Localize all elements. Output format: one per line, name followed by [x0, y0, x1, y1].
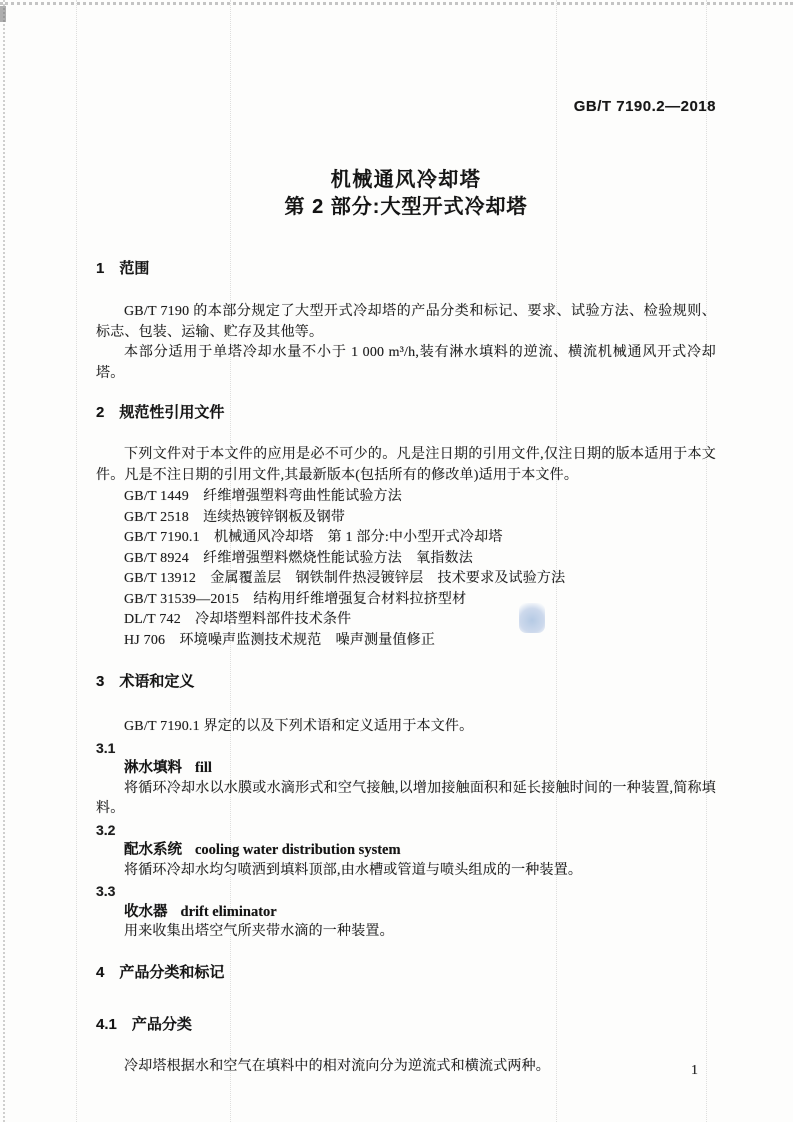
section-heading-scope: 1 范围	[96, 260, 716, 277]
reference-item: GB/T 1449 纤维增强塑料弯曲性能试验方法	[96, 487, 716, 508]
term-number: 3.1	[96, 738, 716, 759]
reference-item: HJ 706 环境噪声监测技术规范 噪声测量值修正	[96, 631, 716, 652]
document-page: GB/T 7190.2—2018 机械通风冷却塔 第 2 部分:大型开式冷却塔 …	[0, 0, 793, 1122]
terms-intro: GB/T 7190.1 界定的以及下列术语和定义适用于本文件。	[96, 717, 716, 738]
term-name-en: drift eliminator	[181, 904, 277, 920]
section-heading-normative-references: 2 规范性引用文件	[96, 404, 716, 421]
term-name-zh: 收水器	[124, 904, 168, 920]
subsection-heading-product-classification: 4.1 产品分类	[96, 1016, 716, 1033]
section-heading-terms: 3 术语和定义	[96, 673, 716, 690]
reference-item: GB/T 13912 金属覆盖层 钢铁制件热浸镀锌层 技术要求及试验方法	[96, 569, 716, 590]
term-name: 收水器drift eliminator	[96, 902, 716, 923]
page-number: 1	[691, 1063, 698, 1079]
term-definition: 用来收集出塔空气所夹带水滴的一种装置。	[96, 922, 716, 943]
term-item: 3.3 收水器drift eliminator 用来收集出塔空气所夹带水滴的一种…	[96, 881, 716, 943]
reference-item: GB/T 31539—2015 结构用纤维增强复合材料拉挤型材	[96, 590, 716, 611]
scope-paragraph-1: GB/T 7190 的本部分规定了大型开式冷却塔的产品分类和标记、要求、试验方法…	[96, 302, 716, 343]
term-definition: 将循环冷却水以水膜或水滴形式和空气接触,以增加接触面积和延长接触时间的一种装置,…	[96, 779, 716, 820]
reference-item: GB/T 2518 连续热镀锌钢板及钢带	[96, 508, 716, 529]
scan-corner-mark	[0, 6, 6, 22]
term-name-zh: 淋水填料	[124, 760, 182, 776]
reference-item: GB/T 7190.1 机械通风冷却塔 第 1 部分:中小型开式冷却塔	[96, 528, 716, 549]
scan-left-edge-artifact	[3, 0, 5, 1122]
classification-paragraph: 冷却塔根据水和空气在填料中的相对流向分为逆流式和横流式两种。	[96, 1057, 716, 1078]
term-item: 3.1 淋水填料fill 将循环冷却水以水膜或水滴形式和空气接触,以增加接触面积…	[96, 738, 716, 820]
section-heading-classification: 4 产品分类和标记	[96, 964, 716, 981]
scope-paragraph-2: 本部分适用于单塔冷却水量不小于 1 000 m³/h,装有淋水填料的逆流、横流机…	[96, 343, 716, 384]
reference-item: GB/T 8924 纤维增强塑料燃烧性能试验方法 氧指数法	[96, 549, 716, 570]
term-name-en: cooling water distribution system	[195, 842, 401, 858]
term-number: 3.2	[96, 820, 716, 841]
normative-references-intro: 下列文件对于本文件的应用是必不可少的。凡是注日期的引用文件,仅注日期的版本适用于…	[96, 445, 716, 486]
term-number: 3.3	[96, 881, 716, 902]
document-body: 1 范围 GB/T 7190 的本部分规定了大型开式冷却塔的产品分类和标记、要求…	[96, 0, 716, 1077]
term-name: 淋水填料fill	[96, 758, 716, 779]
reference-list: GB/T 1449 纤维增强塑料弯曲性能试验方法 GB/T 2518 连续热镀锌…	[96, 487, 716, 651]
term-item: 3.2 配水系统cooling water distribution syste…	[96, 820, 716, 882]
term-name-zh: 配水系统	[124, 842, 182, 858]
reference-item: DL/T 742 冷却塔塑料部件技术条件	[96, 610, 716, 631]
term-name: 配水系统cooling water distribution system	[96, 840, 716, 861]
scan-vertical-line-artifact	[76, 0, 77, 1122]
term-definition: 将循环冷却水均匀喷洒到填料顶部,由水槽或管道与喷头组成的一种装置。	[96, 861, 716, 882]
term-name-en: fill	[195, 760, 212, 776]
